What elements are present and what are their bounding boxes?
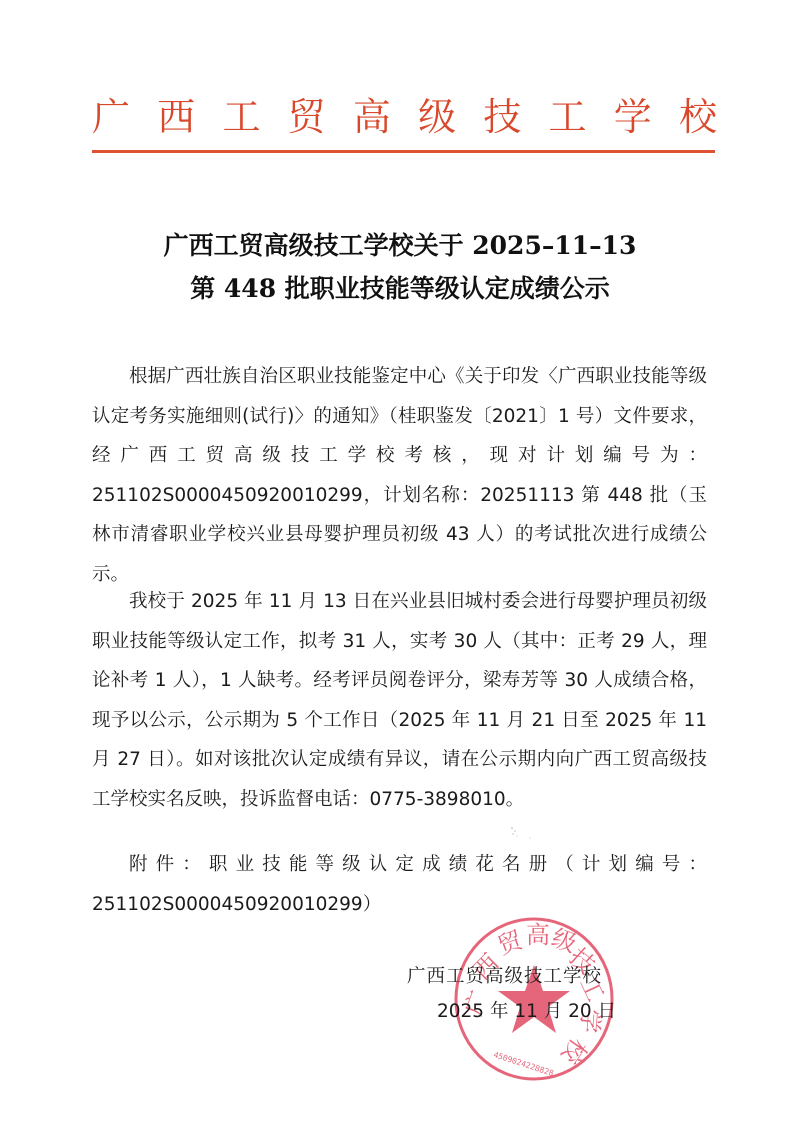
letterhead-char: 技 (483, 94, 521, 140)
letterhead-char: 工 (549, 94, 587, 140)
letterhead-divider (92, 150, 715, 153)
svg-text:高: 高 (526, 921, 550, 949)
document-title-line2: 第 448 批职业技能等级认定成绩公示 (0, 269, 800, 309)
letterhead-char: 学 (614, 94, 652, 140)
letterhead-char: 贸 (288, 94, 326, 140)
letterhead-char: 校 (679, 94, 717, 140)
svg-text:4509024228828: 4509024228828 (492, 1050, 555, 1078)
letterhead-char: 西 (157, 94, 195, 140)
svg-text:贸: 贸 (494, 925, 527, 960)
letterhead-char: 级 (418, 94, 456, 140)
body-paragraph-results: 我校于 2025 年 11 月 13 日在兴业县旧城村委会进行母婴护理员初级职业… (92, 582, 707, 819)
letterhead-title: 广 西 工 贸 高 级 技 工 学 校 (92, 94, 717, 140)
letterhead-char: 广 (92, 94, 130, 140)
signature-organization: 广西工贸高级技工学校 (407, 960, 602, 994)
body-paragraph-basis: 根据广西壮族自治区职业技能鉴定中心《关于印发〈广西职业技能等级认定考务实施细则(… (92, 357, 707, 594)
document-title-line1: 广西工贸高级技工学校关于 2025–11–13 (0, 226, 800, 266)
letterhead-char: 工 (222, 94, 260, 140)
scan-specks (500, 822, 540, 846)
letterhead-char: 高 (353, 94, 391, 140)
svg-text:校: 校 (555, 1033, 592, 1070)
signature-date: 2025 年 11 月 20 日 (437, 995, 616, 1029)
